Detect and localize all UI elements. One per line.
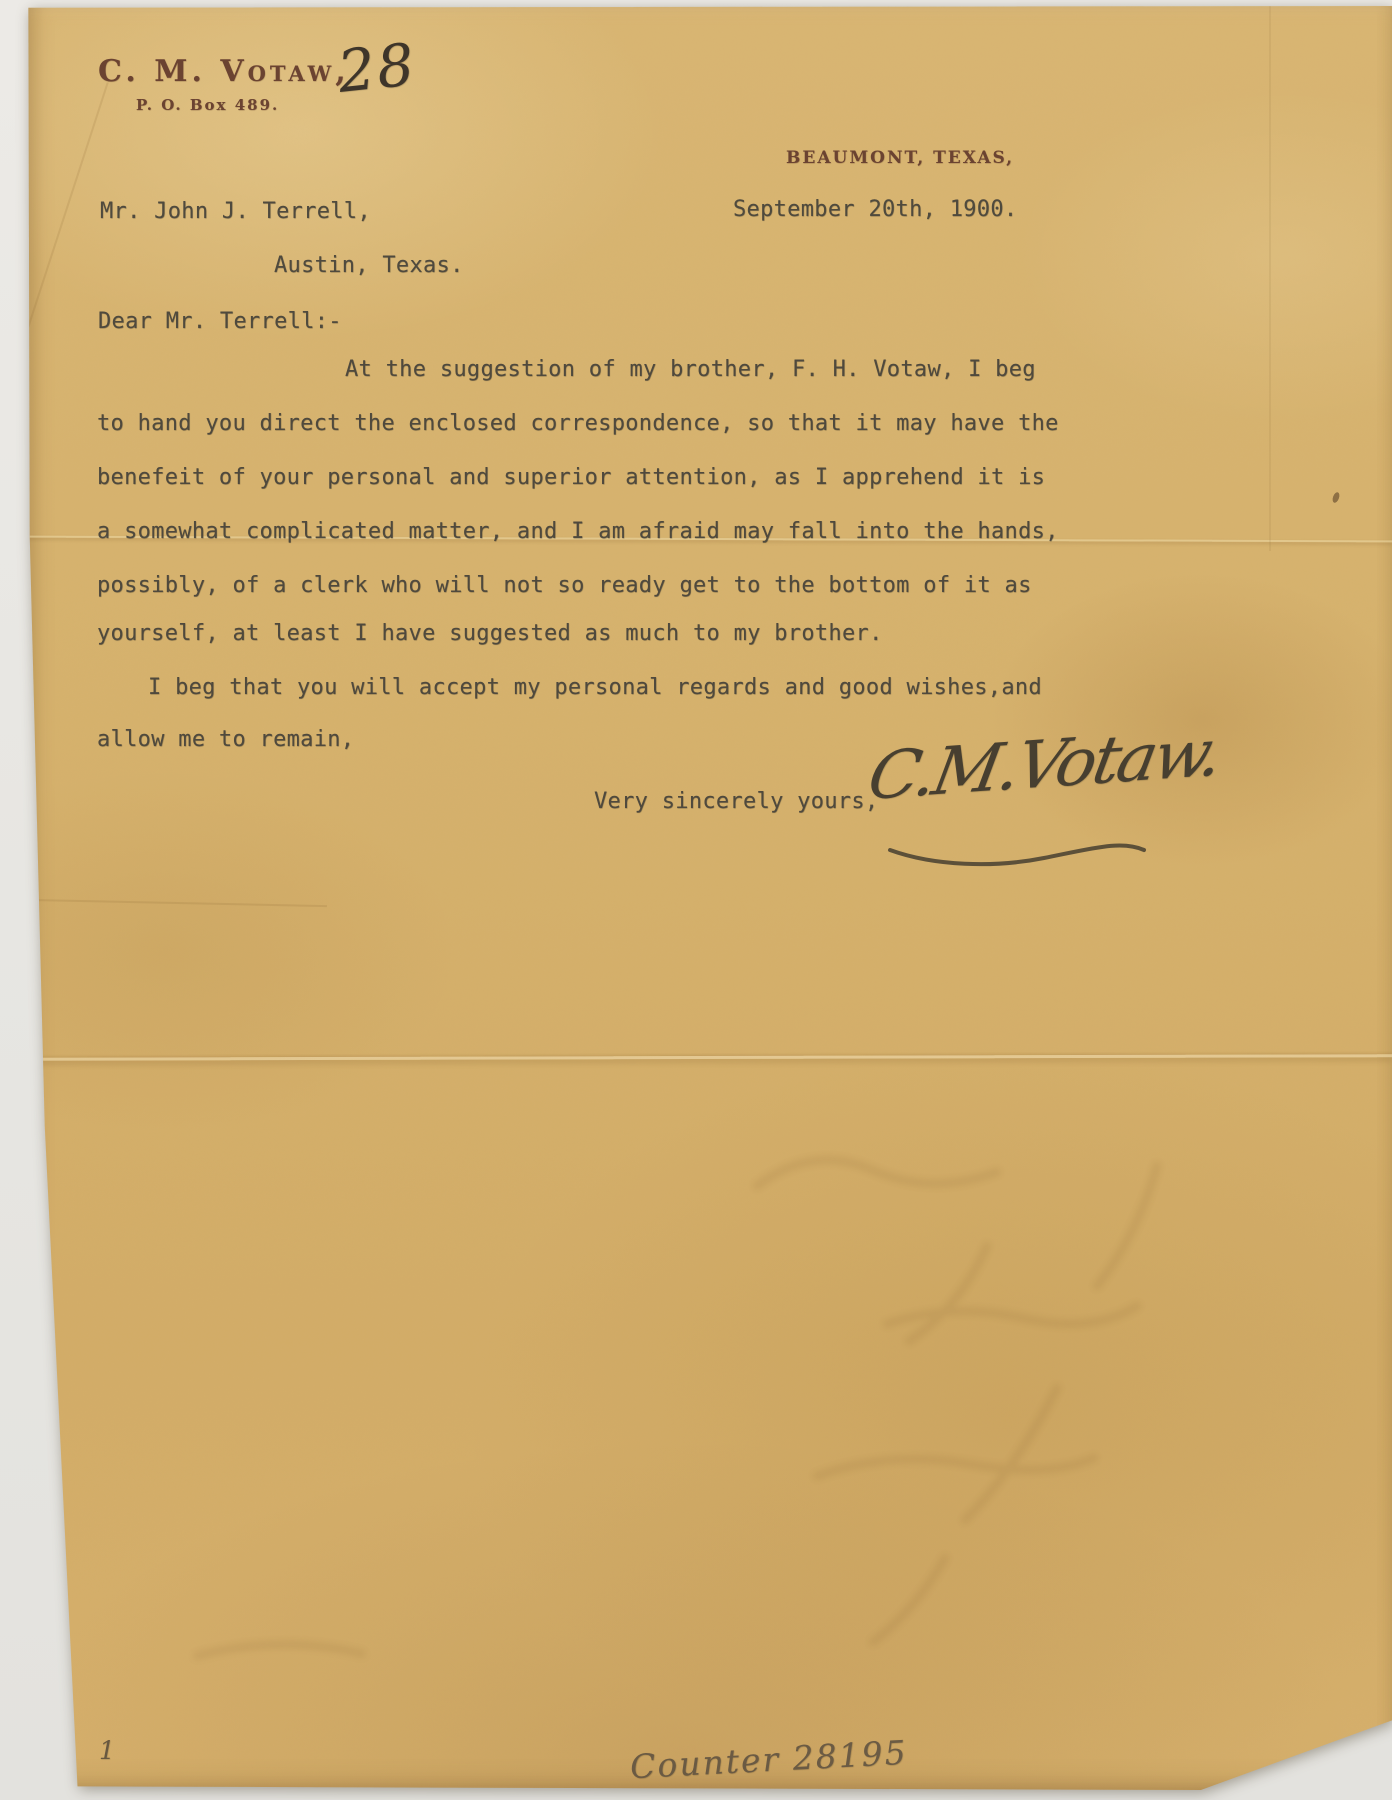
body-line: possibly, of a clerk who will not so rea… [97,573,1032,598]
body-line: yourself, at least I have suggested as m… [97,621,883,646]
body-line: I beg that you will accept my personal r… [148,675,1042,700]
body-line: At the suggestion of my brother, F. H. V… [345,357,1036,382]
letterhead-city: BEAUMONT, TEXAS, [786,148,1014,168]
page-number: 1 [99,1736,115,1765]
body-line: benefeit of your personal and superior a… [97,465,1045,490]
letterhead-po-box: P. O. Box 489. [136,96,279,114]
handwritten-folio-number: 28 [335,30,419,106]
body-line: a somewhat complicated matter, and I am … [97,519,1059,544]
body-line: allow me to remain, [97,727,354,752]
closing-line: Very sincerely yours, [594,789,878,814]
scanned-letter-page: C. M. Votaw, P. O. Box 489. BEAUMONT, TE… [0,0,1392,1800]
signature-flourish [886,838,1150,868]
counter-annotation: Counter 28195 [629,1733,908,1786]
handwritten-signature: C.M.Votaw. [863,714,1226,815]
letterhead-name: C. M. Votaw, [98,54,350,89]
salutation: Dear Mr. Terrell:- [98,309,342,334]
date-line: September 20th, 1900. [733,197,1017,222]
body-line: to hand you direct the enclosed correspo… [97,411,1059,436]
signature-block: C.M.Votaw. [872,726,1202,876]
recipient-name: Mr. John J. Terrell, [100,199,371,224]
recipient-city: Austin, Texas. [274,253,464,278]
letter-content: C. M. Votaw, P. O. Box 489. BEAUMONT, TE… [0,0,1392,1800]
